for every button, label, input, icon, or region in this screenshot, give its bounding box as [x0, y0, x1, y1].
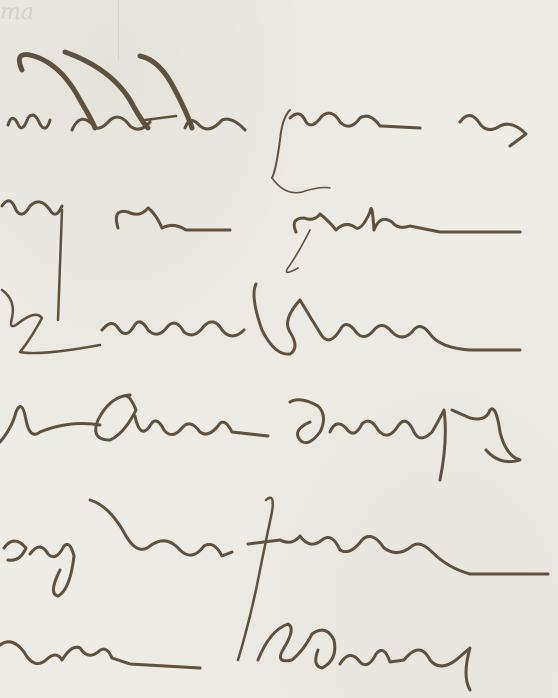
manuscript-line-4: el Buoe darrapz — [0, 430, 558, 431]
manuscript-line-5: gay dafrubin — [0, 550, 558, 551]
manuscript-line-1: no dud du mont ie — [0, 125, 558, 126]
manuscript-line-6: dell Ledut — [0, 660, 558, 661]
manuscript-line-3: dz reaesuelln — [0, 330, 558, 331]
manuscript-line-2: huy aue gualon — [0, 225, 558, 226]
handwriting-strokes — [0, 0, 558, 698]
manuscript-page: ma n — [0, 0, 558, 698]
